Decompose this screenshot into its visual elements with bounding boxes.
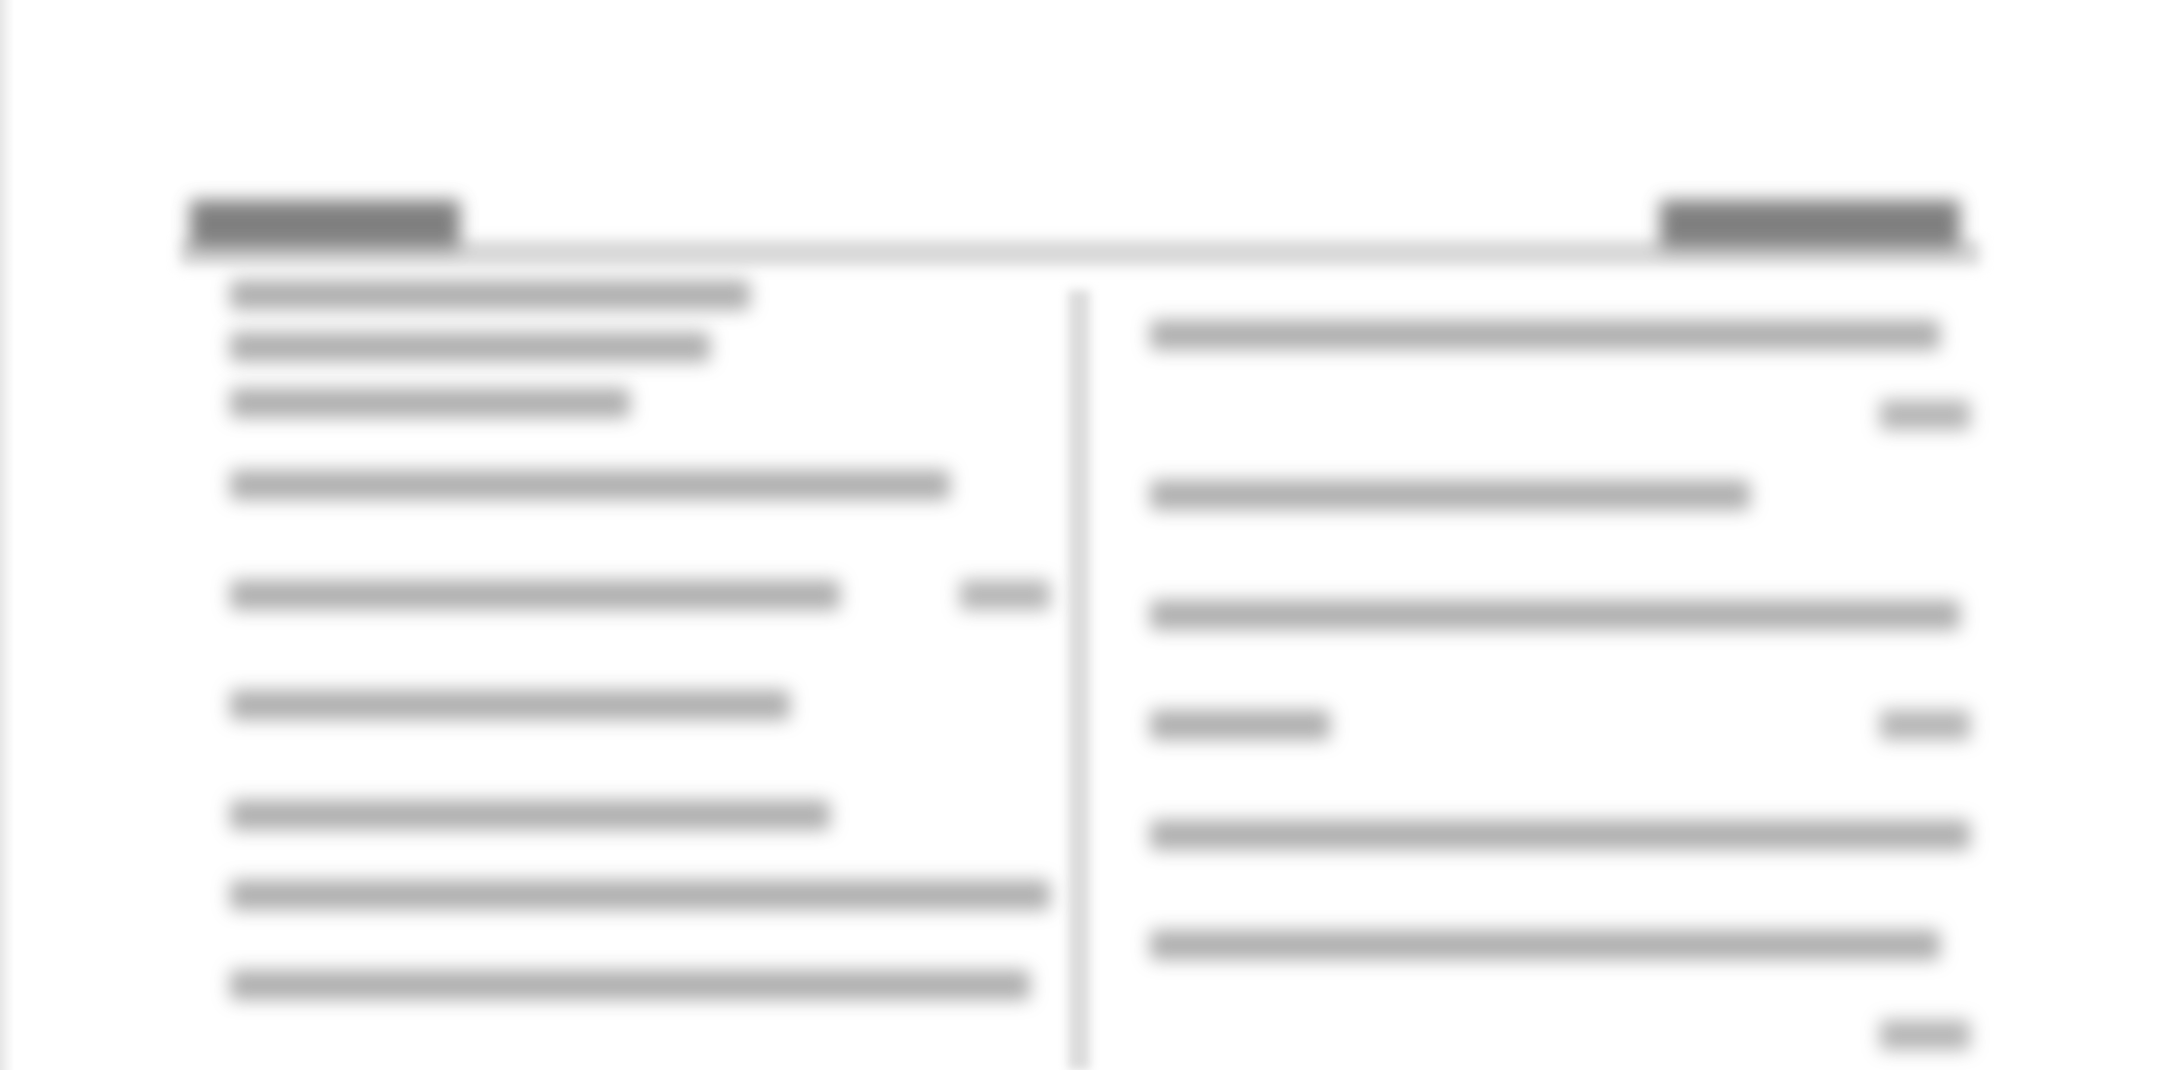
score-mark [960, 580, 1050, 610]
header-title-left [190, 200, 460, 248]
text-line [230, 970, 1030, 1000]
text-line [230, 332, 710, 362]
text-line [230, 800, 830, 830]
text-line [1150, 820, 1970, 850]
page-edge-shadow [0, 0, 14, 1070]
text-line [230, 388, 630, 418]
text-line [1150, 480, 1750, 510]
text-line [1150, 600, 1960, 630]
document-header [180, 200, 1980, 270]
column-divider [1068, 290, 1090, 1070]
text-line [230, 690, 790, 720]
text-line [230, 580, 840, 610]
text-line [230, 880, 1050, 910]
text-line [1150, 930, 1940, 960]
score-mark [1880, 400, 1970, 430]
text-line [230, 470, 950, 500]
header-title-right [1660, 200, 1960, 248]
score-mark [1880, 710, 1970, 740]
text-line [230, 280, 750, 310]
text-line [1150, 320, 1940, 350]
score-mark [1880, 1020, 1970, 1050]
text-line [1150, 710, 1330, 740]
